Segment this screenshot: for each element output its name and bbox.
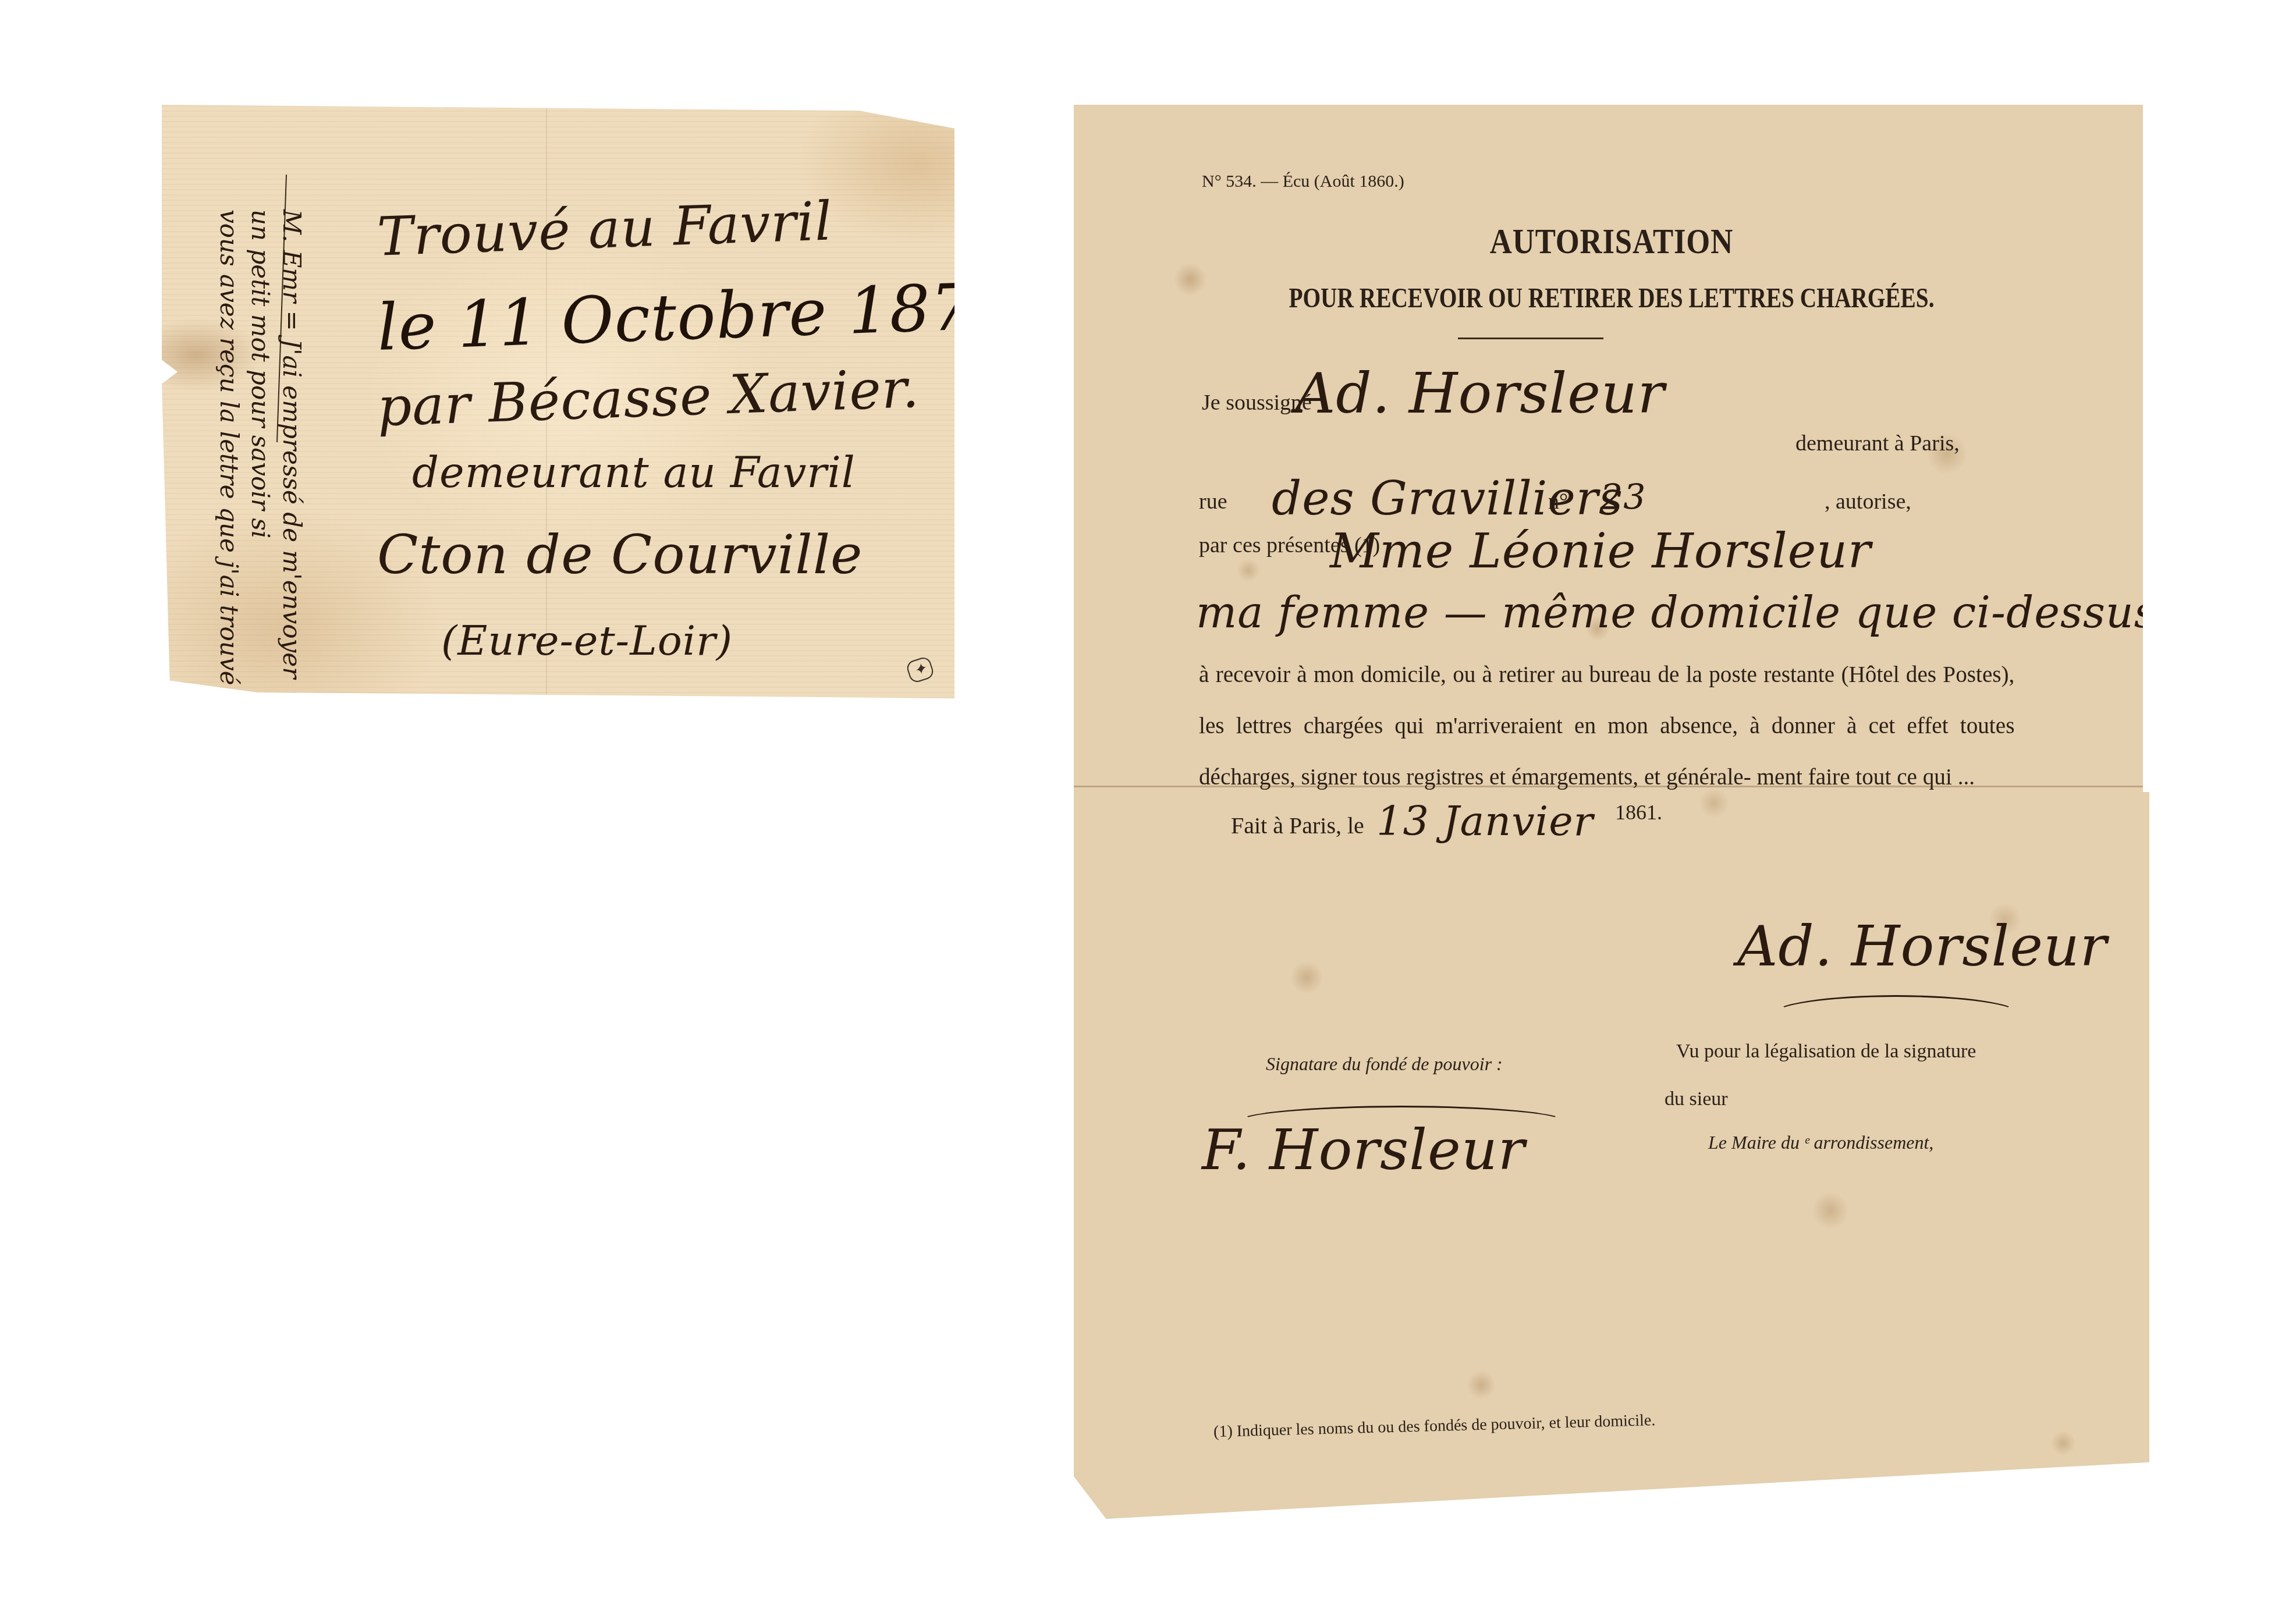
label-legalization: Vu pour la légalisation de la signature (1676, 1041, 1976, 1063)
handwritten-authorized-person: Mme Léonie Horsleur (1330, 524, 1871, 579)
signature-flourish (1772, 995, 2020, 1034)
handwritten-date: 13 Janvier (1376, 797, 1594, 845)
margin-note: M. Emr = J'ai empressé de m'envoyer un p… (213, 209, 307, 698)
form-title: AUTORISATION (1155, 221, 2069, 262)
margin-note-line: un petit mot pour savoir si (244, 209, 276, 698)
note-line-residence: demeurant au Favril (412, 448, 856, 497)
label-residing: demeurant à Paris, (1795, 431, 1960, 456)
divider (1458, 338, 1603, 339)
form-body-text: à recevoir à mon domicile, ou à retirer … (1199, 649, 2014, 802)
label-done-at: Fait à Paris, le (1231, 812, 1364, 839)
proxy-signature-flourish (1237, 1106, 1566, 1138)
note-line-date: le 11 Octobre 1870 (376, 268, 1014, 365)
margin-note-line: M. Emr = J'ai empressé de m'envoyer (276, 209, 307, 698)
handwritten-number: 23 (1601, 477, 1646, 518)
label-proxy-signature: Signatare du fondé de pouvoir : (1266, 1053, 1503, 1075)
form-footnote: (1) Indiquer les noms du ou des fondés d… (1213, 1411, 1656, 1441)
note-line-finder: par Bécasse Xavier. (376, 357, 920, 438)
note-line-found-at: Trouvé au Favril (376, 190, 833, 268)
label-mayor: Le Maire du ᵉ arrondissement, (1708, 1132, 1933, 1153)
authorization-form: N° 534. — Écu (Août 1860.) AUTORISATION … (1074, 105, 2149, 1519)
handwritten-name: Ad. Horsleur (1295, 361, 1665, 426)
collector-stamp-icon: ✦ (905, 655, 935, 684)
label-street: rue (1199, 489, 1227, 514)
note-line-department: (Eure-et-Loir) (441, 617, 733, 665)
handwritten-street: des Gravilliers (1272, 471, 1623, 525)
printed-year: 1861. (1615, 800, 1662, 825)
label-authorizes: , autorise, (1825, 489, 1911, 514)
handwritten-relation: ma femme — même domicile que ci-dessus (1196, 588, 2157, 638)
margin-note-line: vous avez reçu la lettre que j'ai trouvé (213, 209, 244, 698)
signature: Ad. Horsleur (1737, 914, 2107, 979)
label-number: n° (1548, 489, 1568, 514)
form-reference: N° 534. — Écu (Août 1860.) (1202, 172, 1404, 191)
form-subtitle: POUR RECEVOIR OU RETIRER DES LETTRES CHA… (1170, 282, 2052, 314)
note-line-canton: Cton de Courville (377, 524, 863, 586)
found-letter-note: M. Emr = J'ai empressé de m'envoyer un p… (162, 105, 954, 698)
label-sieur: du sieur (1665, 1088, 1728, 1110)
